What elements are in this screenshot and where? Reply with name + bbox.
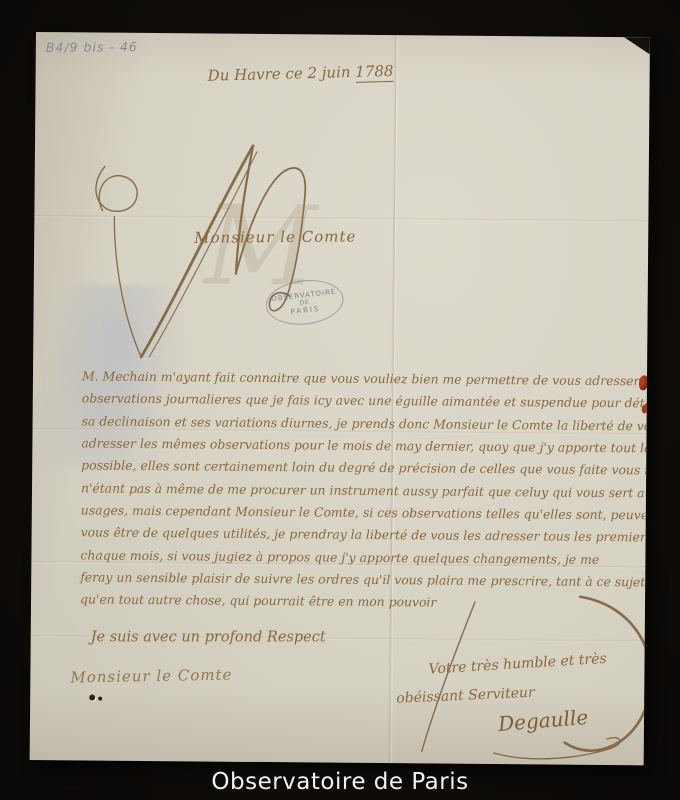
pencil-archival-reference: B4/9 bis - 46 (46, 39, 138, 55)
caption: Observatoire de Paris (0, 764, 680, 800)
wax-seal-remnant (642, 404, 648, 413)
manuscript-paper: B4/9 bis - 46 Du Havre ce 2 juin 1788 M … (30, 32, 650, 765)
dateline-year: 1788 (355, 62, 394, 83)
stamp-line-3: PARIS (290, 304, 321, 315)
flourished-initial: M (83, 132, 365, 404)
dateline-place-date: Du Havre ce 2 juin (207, 63, 355, 85)
paper-hole (89, 694, 95, 700)
photo-frame: B4/9 bis - 46 Du Havre ce 2 juin 1788 M … (0, 0, 680, 800)
salutation: Monsieur le Comte (194, 227, 356, 246)
paper-hole (98, 697, 102, 701)
closing-salutation: Monsieur le Comte (70, 666, 232, 687)
dateline: Du Havre ce 2 juin 1788 (207, 62, 393, 85)
closing-formula: Je suis avec un profond Respect (91, 630, 326, 646)
folded-corner (624, 37, 650, 54)
